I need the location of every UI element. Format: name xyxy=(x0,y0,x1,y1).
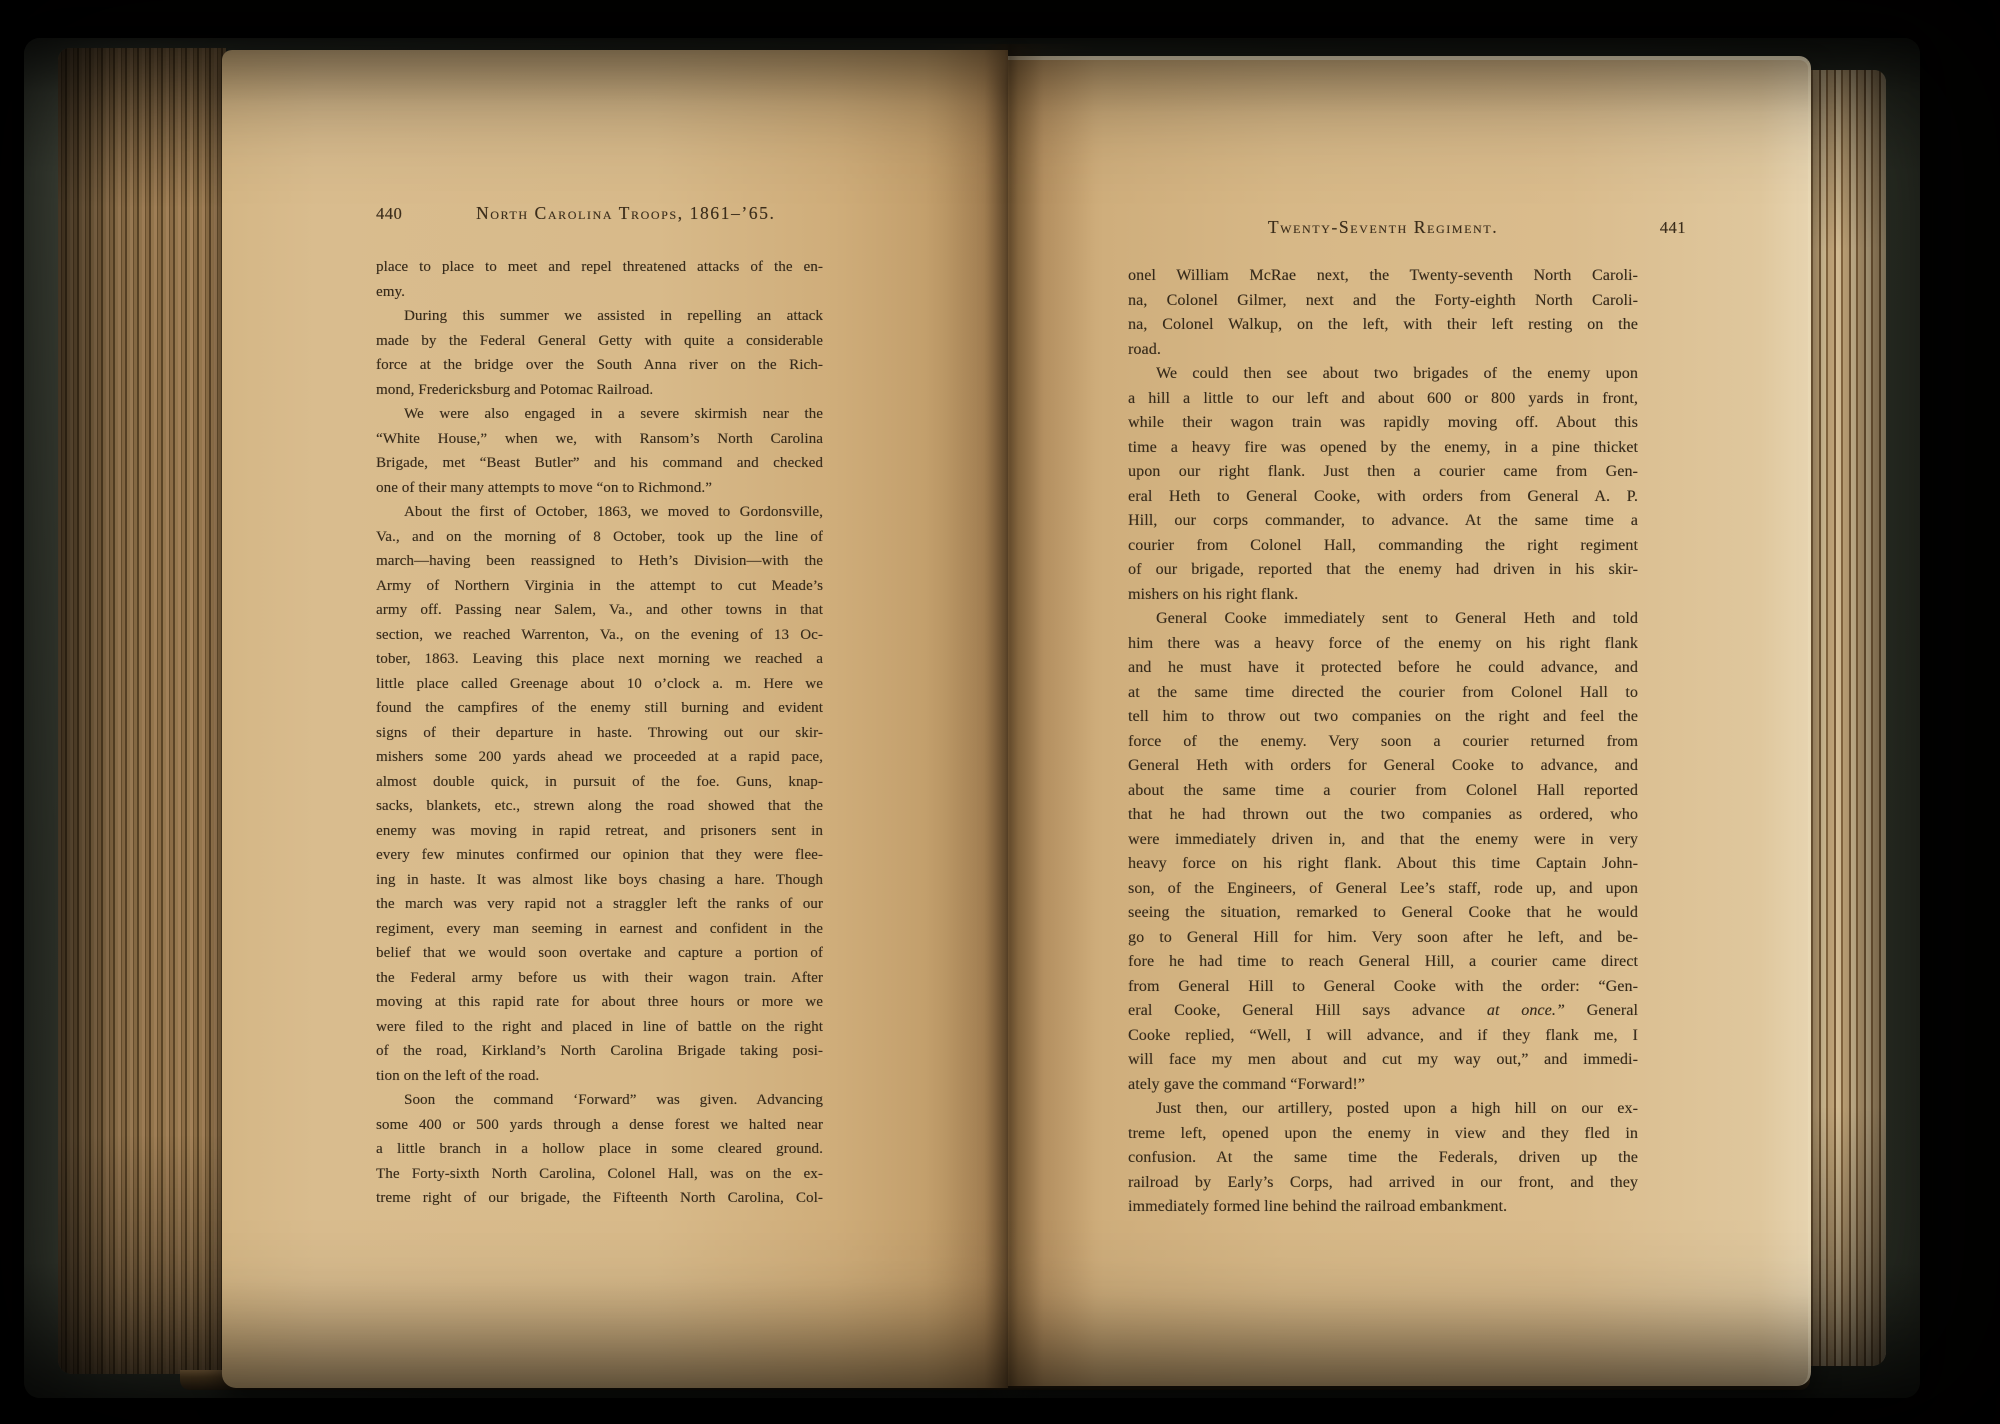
text-line: Brigade, met “Beast Butler” and his comm… xyxy=(376,451,823,476)
text-segment: almost double quick, in pursuit of the f… xyxy=(376,774,823,790)
text-line: tion on the left of the road. xyxy=(376,1064,823,1089)
text-line: ing in haste. It was almost like boys ch… xyxy=(376,868,823,893)
text-line: that he had thrown out the two companies… xyxy=(1128,803,1638,828)
text-segment: from General Hill to General Cooke with … xyxy=(1128,978,1638,995)
text-segment: Cooke replied, “Well, I will advance, an… xyxy=(1128,1027,1638,1044)
text-line: na, Colonel Gilmer, next and the Forty-e… xyxy=(1128,289,1638,314)
text-line: at the same time directed the courier fr… xyxy=(1128,681,1638,706)
text-segment: Va., and on the morning of 8 October, to… xyxy=(376,529,823,545)
text-segment: son, of the Engineers, of General Lee’s … xyxy=(1128,880,1638,897)
text-line: tober, 1863. Leaving this place next mor… xyxy=(376,647,823,672)
text-segment: na, Colonel Walkup, on the left, with th… xyxy=(1128,316,1638,333)
text-line: place to place to meet and repel threate… xyxy=(376,255,823,280)
left-page-edges xyxy=(58,48,226,1374)
text-line: railroad by Early’s Corps, had arrived i… xyxy=(1128,1171,1638,1196)
text-segment: tell him to throw out two companies on t… xyxy=(1128,708,1638,725)
text-segment: About the first of October, 1863, we mov… xyxy=(404,504,823,520)
text-line: almost double quick, in pursuit of the f… xyxy=(376,770,823,795)
text-line: mond, Fredericksburg and Potomac Railroa… xyxy=(376,378,823,403)
text-segment: General xyxy=(1565,1002,1638,1019)
text-line: tell him to throw out two companies on t… xyxy=(1128,705,1638,730)
text-segment: a little branch in a hollow place in som… xyxy=(376,1141,823,1157)
text-line: every few minutes confirmed our opinion … xyxy=(376,843,823,868)
text-line: onel William McRae next, the Twenty-seve… xyxy=(1128,264,1638,289)
text-segment: We could then see about two brigades of … xyxy=(1156,365,1638,382)
right-page: Twenty-Seventh Regiment. 441 onel Willia… xyxy=(1008,56,1811,1386)
text-segment: mishers some 200 yards ahead we proceede… xyxy=(376,749,823,765)
text-line: the march was very rapid not a straggler… xyxy=(376,892,823,917)
right-running-head: Twenty-Seventh Regiment. 441 xyxy=(1128,217,1638,243)
text-segment: railroad by Early’s Corps, had arrived i… xyxy=(1128,1174,1638,1191)
text-line: courier from Colonel Hall, commanding th… xyxy=(1128,534,1638,559)
text-line: enemy was moving in rapid retreat, and p… xyxy=(376,819,823,844)
text-segment: force at the bridge over the South Anna … xyxy=(376,357,823,373)
right-running-title: Twenty-Seventh Regiment. xyxy=(1268,217,1498,237)
text-line: “White House,” when we, with Ransom’s No… xyxy=(376,427,823,452)
text-segment: regiment, every man seeming in earnest a… xyxy=(376,921,823,937)
text-segment: mishers on his right flank. xyxy=(1128,586,1298,603)
text-segment: were filed to the right and placed in li… xyxy=(376,1019,823,1035)
text-segment: a hill a little to our left and about 60… xyxy=(1128,390,1638,407)
text-line: General Cooke immediately sent to Genera… xyxy=(1128,607,1638,632)
text-segment: treme left, opened upon the enemy in vie… xyxy=(1128,1125,1638,1142)
text-segment: Soon the command ‘Forward” was given. Ad… xyxy=(404,1092,823,1108)
text-segment: army off. Passing near Salem, Va., and o… xyxy=(376,602,823,618)
text-segment: section, we reached Warrenton, Va., on t… xyxy=(376,627,823,643)
text-segment: of our brigade, reported that the enemy … xyxy=(1128,561,1638,578)
text-line: The Forty-sixth North Carolina, Colonel … xyxy=(376,1162,823,1187)
text-segment: ing in haste. It was almost like boys ch… xyxy=(376,872,823,888)
text-segment: onel William McRae next, the Twenty-seve… xyxy=(1128,267,1638,284)
text-segment: moving at this rapid rate for about thre… xyxy=(376,994,823,1010)
text-segment: signs of their departure in haste. Throw… xyxy=(376,725,823,741)
text-segment: tober, 1863. Leaving this place next mor… xyxy=(376,651,823,667)
text-line: belief that we would soon overtake and c… xyxy=(376,941,823,966)
text-segment: while their wagon train was rapidly movi… xyxy=(1128,414,1638,431)
text-segment: one of their many attempts to move “on t… xyxy=(376,480,712,496)
text-segment: We were also engaged in a severe skirmis… xyxy=(404,406,823,422)
text-segment: belief that we would soon overtake and c… xyxy=(376,945,823,961)
text-segment: were immediately driven in, and that the… xyxy=(1128,831,1638,848)
text-line: son, of the Engineers, of General Lee’s … xyxy=(1128,877,1638,902)
text-segment: Brigade, met “Beast Butler” and his comm… xyxy=(376,455,823,471)
text-segment: time a heavy fire was opened by the enem… xyxy=(1128,439,1638,456)
text-segment: eral Heth to General Cooke, with orders … xyxy=(1128,488,1638,505)
text-line: ately gave the command “Forward!” xyxy=(1128,1073,1638,1098)
text-segment: some 400 or 500 yards through a dense fo… xyxy=(376,1117,823,1133)
text-line: force of the enemy. Very soon a courier … xyxy=(1128,730,1638,755)
text-segment: will face my men about and cut my way ou… xyxy=(1128,1051,1638,1068)
text-segment: General Cooke immediately sent to Genera… xyxy=(1156,610,1638,627)
text-segment: tion on the left of the road. xyxy=(376,1068,539,1084)
left-text-column: place to place to meet and repel threate… xyxy=(376,255,823,1211)
text-line: of our brigade, reported that the enemy … xyxy=(1128,558,1638,583)
text-line: made by the Federal General Getty with q… xyxy=(376,329,823,354)
text-line: were filed to the right and placed in li… xyxy=(376,1015,823,1040)
text-segment: force of the enemy. Very soon a courier … xyxy=(1128,733,1638,750)
text-segment: little place called Greenage about 10 o’… xyxy=(376,676,823,692)
text-line: emy. xyxy=(376,280,823,305)
text-line: regiment, every man seeming in earnest a… xyxy=(376,917,823,942)
text-line: immediately formed line behind the railr… xyxy=(1128,1195,1638,1220)
text-line: some 400 or 500 yards through a dense fo… xyxy=(376,1113,823,1138)
text-line: army off. Passing near Salem, Va., and o… xyxy=(376,598,823,623)
text-line: a hill a little to our left and about 60… xyxy=(1128,387,1638,412)
text-segment: road. xyxy=(1128,341,1161,358)
text-line: him there was a heavy force of the enemy… xyxy=(1128,632,1638,657)
left-page-number: 440 xyxy=(376,204,402,224)
right-page-edges xyxy=(1806,70,1886,1366)
text-line: of the road, Kirkland’s North Carolina B… xyxy=(376,1039,823,1064)
text-line: Army of Northern Virginia in the attempt… xyxy=(376,574,823,599)
text-line: road. xyxy=(1128,338,1638,363)
text-line: Soon the command ‘Forward” was given. Ad… xyxy=(376,1088,823,1113)
text-line: General Heth with orders for General Coo… xyxy=(1128,754,1638,779)
text-segment: upon our right flank. Just then a courie… xyxy=(1128,463,1638,480)
text-line: Cooke replied, “Well, I will advance, an… xyxy=(1128,1024,1638,1049)
text-line: upon our right flank. Just then a courie… xyxy=(1128,460,1638,485)
text-segment: enemy was moving in rapid retreat, and p… xyxy=(376,823,823,839)
text-line: About the first of October, 1863, we mov… xyxy=(376,500,823,525)
text-line: one of their many attempts to move “on t… xyxy=(376,476,823,501)
text-segment: go to General Hill for him. Very soon af… xyxy=(1128,929,1638,946)
text-line: go to General Hill for him. Very soon af… xyxy=(1128,926,1638,951)
text-segment: sacks, blankets, etc., strewn along the … xyxy=(376,798,823,814)
text-line: eral Heth to General Cooke, with orders … xyxy=(1128,485,1638,510)
text-line: march—having been reassigned to Heth’s D… xyxy=(376,549,823,574)
text-segment: every few minutes confirmed our opinion … xyxy=(376,847,823,863)
text-segment: about the same time a courier from Colon… xyxy=(1128,782,1638,799)
text-line: During this summer we assisted in repell… xyxy=(376,304,823,329)
text-line: force at the bridge over the South Anna … xyxy=(376,353,823,378)
text-segment: courier from Colonel Hall, commanding th… xyxy=(1128,537,1638,554)
text-line: were immediately driven in, and that the… xyxy=(1128,828,1638,853)
text-line: signs of their departure in haste. Throw… xyxy=(376,721,823,746)
text-line: about the same time a courier from Colon… xyxy=(1128,779,1638,804)
text-segment: eral Cooke, General Hill says advance xyxy=(1128,1002,1487,1019)
text-line: We were also engaged in a severe skirmis… xyxy=(376,402,823,427)
text-segment: of the road, Kirkland’s North Carolina B… xyxy=(376,1043,823,1059)
text-segment: the Federal army before us with their wa… xyxy=(376,970,823,986)
text-segment: at the same time directed the courier fr… xyxy=(1128,684,1638,701)
text-line: treme left, opened upon the enemy in vie… xyxy=(1128,1122,1638,1147)
book-photograph: 440 North Carolina Troops, 1861–’65. pla… xyxy=(0,0,2000,1424)
text-segment: heavy force on his right flank. About th… xyxy=(1128,855,1638,872)
text-segment: During this summer we assisted in repell… xyxy=(404,308,823,324)
text-line: the Federal army before us with their wa… xyxy=(376,966,823,991)
text-line: Just then, our artillery, posted upon a … xyxy=(1128,1097,1638,1122)
text-line: a little branch in a hollow place in som… xyxy=(376,1137,823,1162)
text-segment: Army of Northern Virginia in the attempt… xyxy=(376,578,823,594)
text-line: na, Colonel Walkup, on the left, with th… xyxy=(1128,313,1638,338)
text-line: sacks, blankets, etc., strewn along the … xyxy=(376,794,823,819)
text-segment: emy. xyxy=(376,284,405,300)
right-page-number: 441 xyxy=(1660,218,1686,238)
text-segment: General Heth with orders for General Coo… xyxy=(1128,757,1638,774)
text-segment: place to place to meet and repel threate… xyxy=(376,259,823,275)
left-running-head: 440 North Carolina Troops, 1861–’65. xyxy=(376,203,836,229)
italic-text: at once.” xyxy=(1487,1002,1565,1019)
text-segment: that he had thrown out the two companies… xyxy=(1128,806,1638,823)
text-segment: made by the Federal General Getty with q… xyxy=(376,333,823,349)
text-line: and he must have it protected before he … xyxy=(1128,656,1638,681)
text-segment: ately gave the command “Forward!” xyxy=(1128,1076,1365,1093)
text-line: time a heavy fire was opened by the enem… xyxy=(1128,436,1638,461)
text-line: We could then see about two brigades of … xyxy=(1128,362,1638,387)
text-segment: seeing the situation, remarked to Genera… xyxy=(1128,904,1638,921)
text-segment: fore he had time to reach General Hill, … xyxy=(1128,953,1638,970)
text-line: will face my men about and cut my way ou… xyxy=(1128,1048,1638,1073)
text-segment: Hill, our corps commander, to advance. A… xyxy=(1128,512,1638,529)
text-line: from General Hill to General Cooke with … xyxy=(1128,975,1638,1000)
text-line: mishers some 200 yards ahead we proceede… xyxy=(376,745,823,770)
text-segment: treme right of our brigade, the Fifteent… xyxy=(376,1190,823,1206)
right-text-column: onel William McRae next, the Twenty-seve… xyxy=(1128,264,1638,1220)
text-segment: the march was very rapid not a straggler… xyxy=(376,896,823,912)
text-segment: him there was a heavy force of the enemy… xyxy=(1128,635,1638,652)
text-segment: immediately formed line behind the railr… xyxy=(1128,1198,1507,1215)
text-segment: and he must have it protected before he … xyxy=(1128,659,1638,676)
text-segment: found the campfires of the enemy still b… xyxy=(376,700,823,716)
text-line: found the campfires of the enemy still b… xyxy=(376,696,823,721)
text-line: mishers on his right flank. xyxy=(1128,583,1638,608)
text-line: moving at this rapid rate for about thre… xyxy=(376,990,823,1015)
text-line: heavy force on his right flank. About th… xyxy=(1128,852,1638,877)
left-page: 440 North Carolina Troops, 1861–’65. pla… xyxy=(222,50,1008,1388)
text-segment: march—having been reassigned to Heth’s D… xyxy=(376,553,823,569)
text-line: while their wagon train was rapidly movi… xyxy=(1128,411,1638,436)
text-line: fore he had time to reach General Hill, … xyxy=(1128,950,1638,975)
text-segment: Just then, our artillery, posted upon a … xyxy=(1156,1100,1638,1117)
text-line: Va., and on the morning of 8 October, to… xyxy=(376,525,823,550)
text-line: treme right of our brigade, the Fifteent… xyxy=(376,1186,823,1211)
text-line: seeing the situation, remarked to Genera… xyxy=(1128,901,1638,926)
left-running-title: North Carolina Troops, 1861–’65. xyxy=(476,203,775,224)
text-line: confusion. At the same time the Federals… xyxy=(1128,1146,1638,1171)
text-segment: confusion. At the same time the Federals… xyxy=(1128,1149,1638,1166)
text-segment: mond, Fredericksburg and Potomac Railroa… xyxy=(376,382,653,398)
text-segment: The Forty-sixth North Carolina, Colonel … xyxy=(376,1166,823,1182)
text-line: Hill, our corps commander, to advance. A… xyxy=(1128,509,1638,534)
text-segment: na, Colonel Gilmer, next and the Forty-e… xyxy=(1128,292,1638,309)
text-line: section, we reached Warrenton, Va., on t… xyxy=(376,623,823,648)
text-segment: “White House,” when we, with Ransom’s No… xyxy=(376,431,823,447)
text-line: eral Cooke, General Hill says advance at… xyxy=(1128,999,1638,1024)
text-line: little place called Greenage about 10 o’… xyxy=(376,672,823,697)
